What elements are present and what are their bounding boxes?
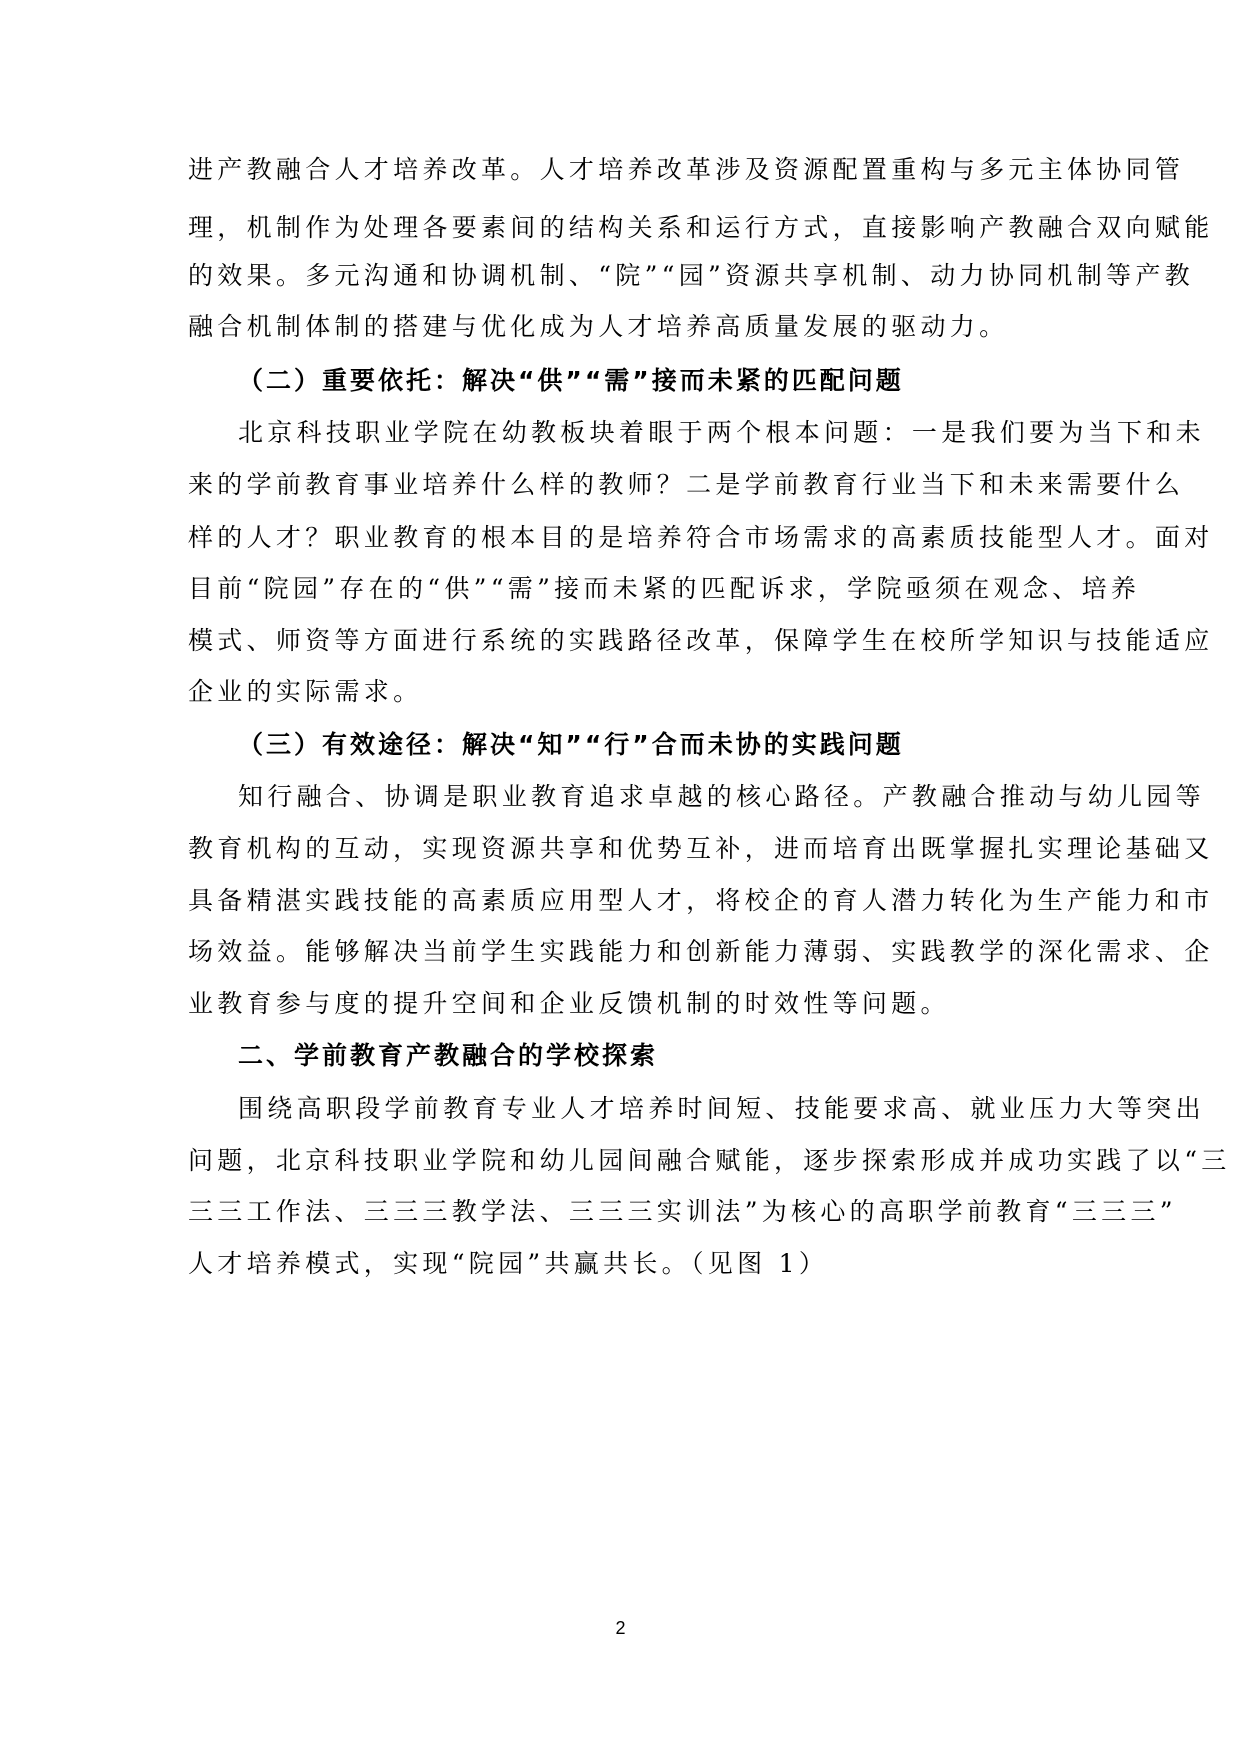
- body-line: 业教育参与度的提升空间和企业反馈机制的时效性等问题。: [188, 989, 1048, 1019]
- body-line: 问题，北京科技职业学院和幼儿园间融合赋能，逐步探索形成并成功实践了以“三: [188, 1146, 1048, 1176]
- body-line: 场效益。能够解决当前学生实践能力和创新能力薄弱、实践教学的深化需求、企: [188, 937, 1048, 967]
- body-line: 人才培养模式，实现“院园”共赢共长。（见图 1）: [188, 1249, 1048, 1279]
- body-line: 理，机制作为处理各要素间的结构关系和运行方式，直接影响产教融合双向赋能: [188, 213, 1048, 243]
- body-line: 三三工作法、三三三教学法、三三三实训法”为核心的高职学前教育“三三三”: [188, 1197, 1048, 1227]
- body-line: 北京科技职业学院在幼教板块着眼于两个根本问题：一是我们要为当下和未: [238, 418, 1098, 448]
- body-line: 知行融合、协调是职业教育追求卓越的核心路径。产教融合推动与幼儿园等: [238, 782, 1098, 812]
- body-line: 教育机构的互动，实现资源共享和优势互补，进而培育出既掌握扎实理论基础又: [188, 834, 1048, 864]
- body-line: 样的人才？职业教育的根本目的是培养符合市场需求的高素质技能型人才。面对: [188, 523, 1048, 553]
- document-page: 进产教融合人才培养改革。人才培养改革涉及资源配置重构与多元主体协同管 理，机制作…: [0, 0, 1241, 1754]
- body-line: 的效果。多元沟通和协调机制、“院”“园”资源共享机制、动力协同机制等产教: [188, 261, 1048, 291]
- body-line: 融合机制体制的搭建与优化成为人才培养高质量发展的驱动力。: [188, 312, 1048, 342]
- body-line: 来的学前教育事业培养什么样的教师？二是学前教育行业当下和未来需要什么: [188, 470, 1048, 500]
- section-heading: （二）重要依托：解决“供”“需”接而未紧的匹配问题: [238, 366, 1098, 396]
- page-number: 2: [0, 1618, 1241, 1639]
- body-line: 目前“院园”存在的“供”“需”接而未紧的匹配诉求，学院亟须在观念、培养: [188, 574, 1048, 604]
- body-line: 企业的实际需求。: [188, 677, 1048, 707]
- body-line: 进产教融合人才培养改革。人才培养改革涉及资源配置重构与多元主体协同管: [188, 155, 1048, 185]
- body-line: 围绕高职段学前教育专业人才培养时间短、技能要求高、就业压力大等突出: [238, 1094, 1098, 1124]
- section-heading: 二、学前教育产教融合的学校探索: [238, 1041, 1098, 1071]
- section-heading: （三）有效途径：解决“知”“行”合而未协的实践问题: [238, 730, 1098, 760]
- body-line: 具备精湛实践技能的高素质应用型人才，将校企的育人潜力转化为生产能力和市: [188, 886, 1048, 916]
- body-line: 模式、师资等方面进行系统的实践路径改革，保障学生在校所学知识与技能适应: [188, 626, 1048, 656]
